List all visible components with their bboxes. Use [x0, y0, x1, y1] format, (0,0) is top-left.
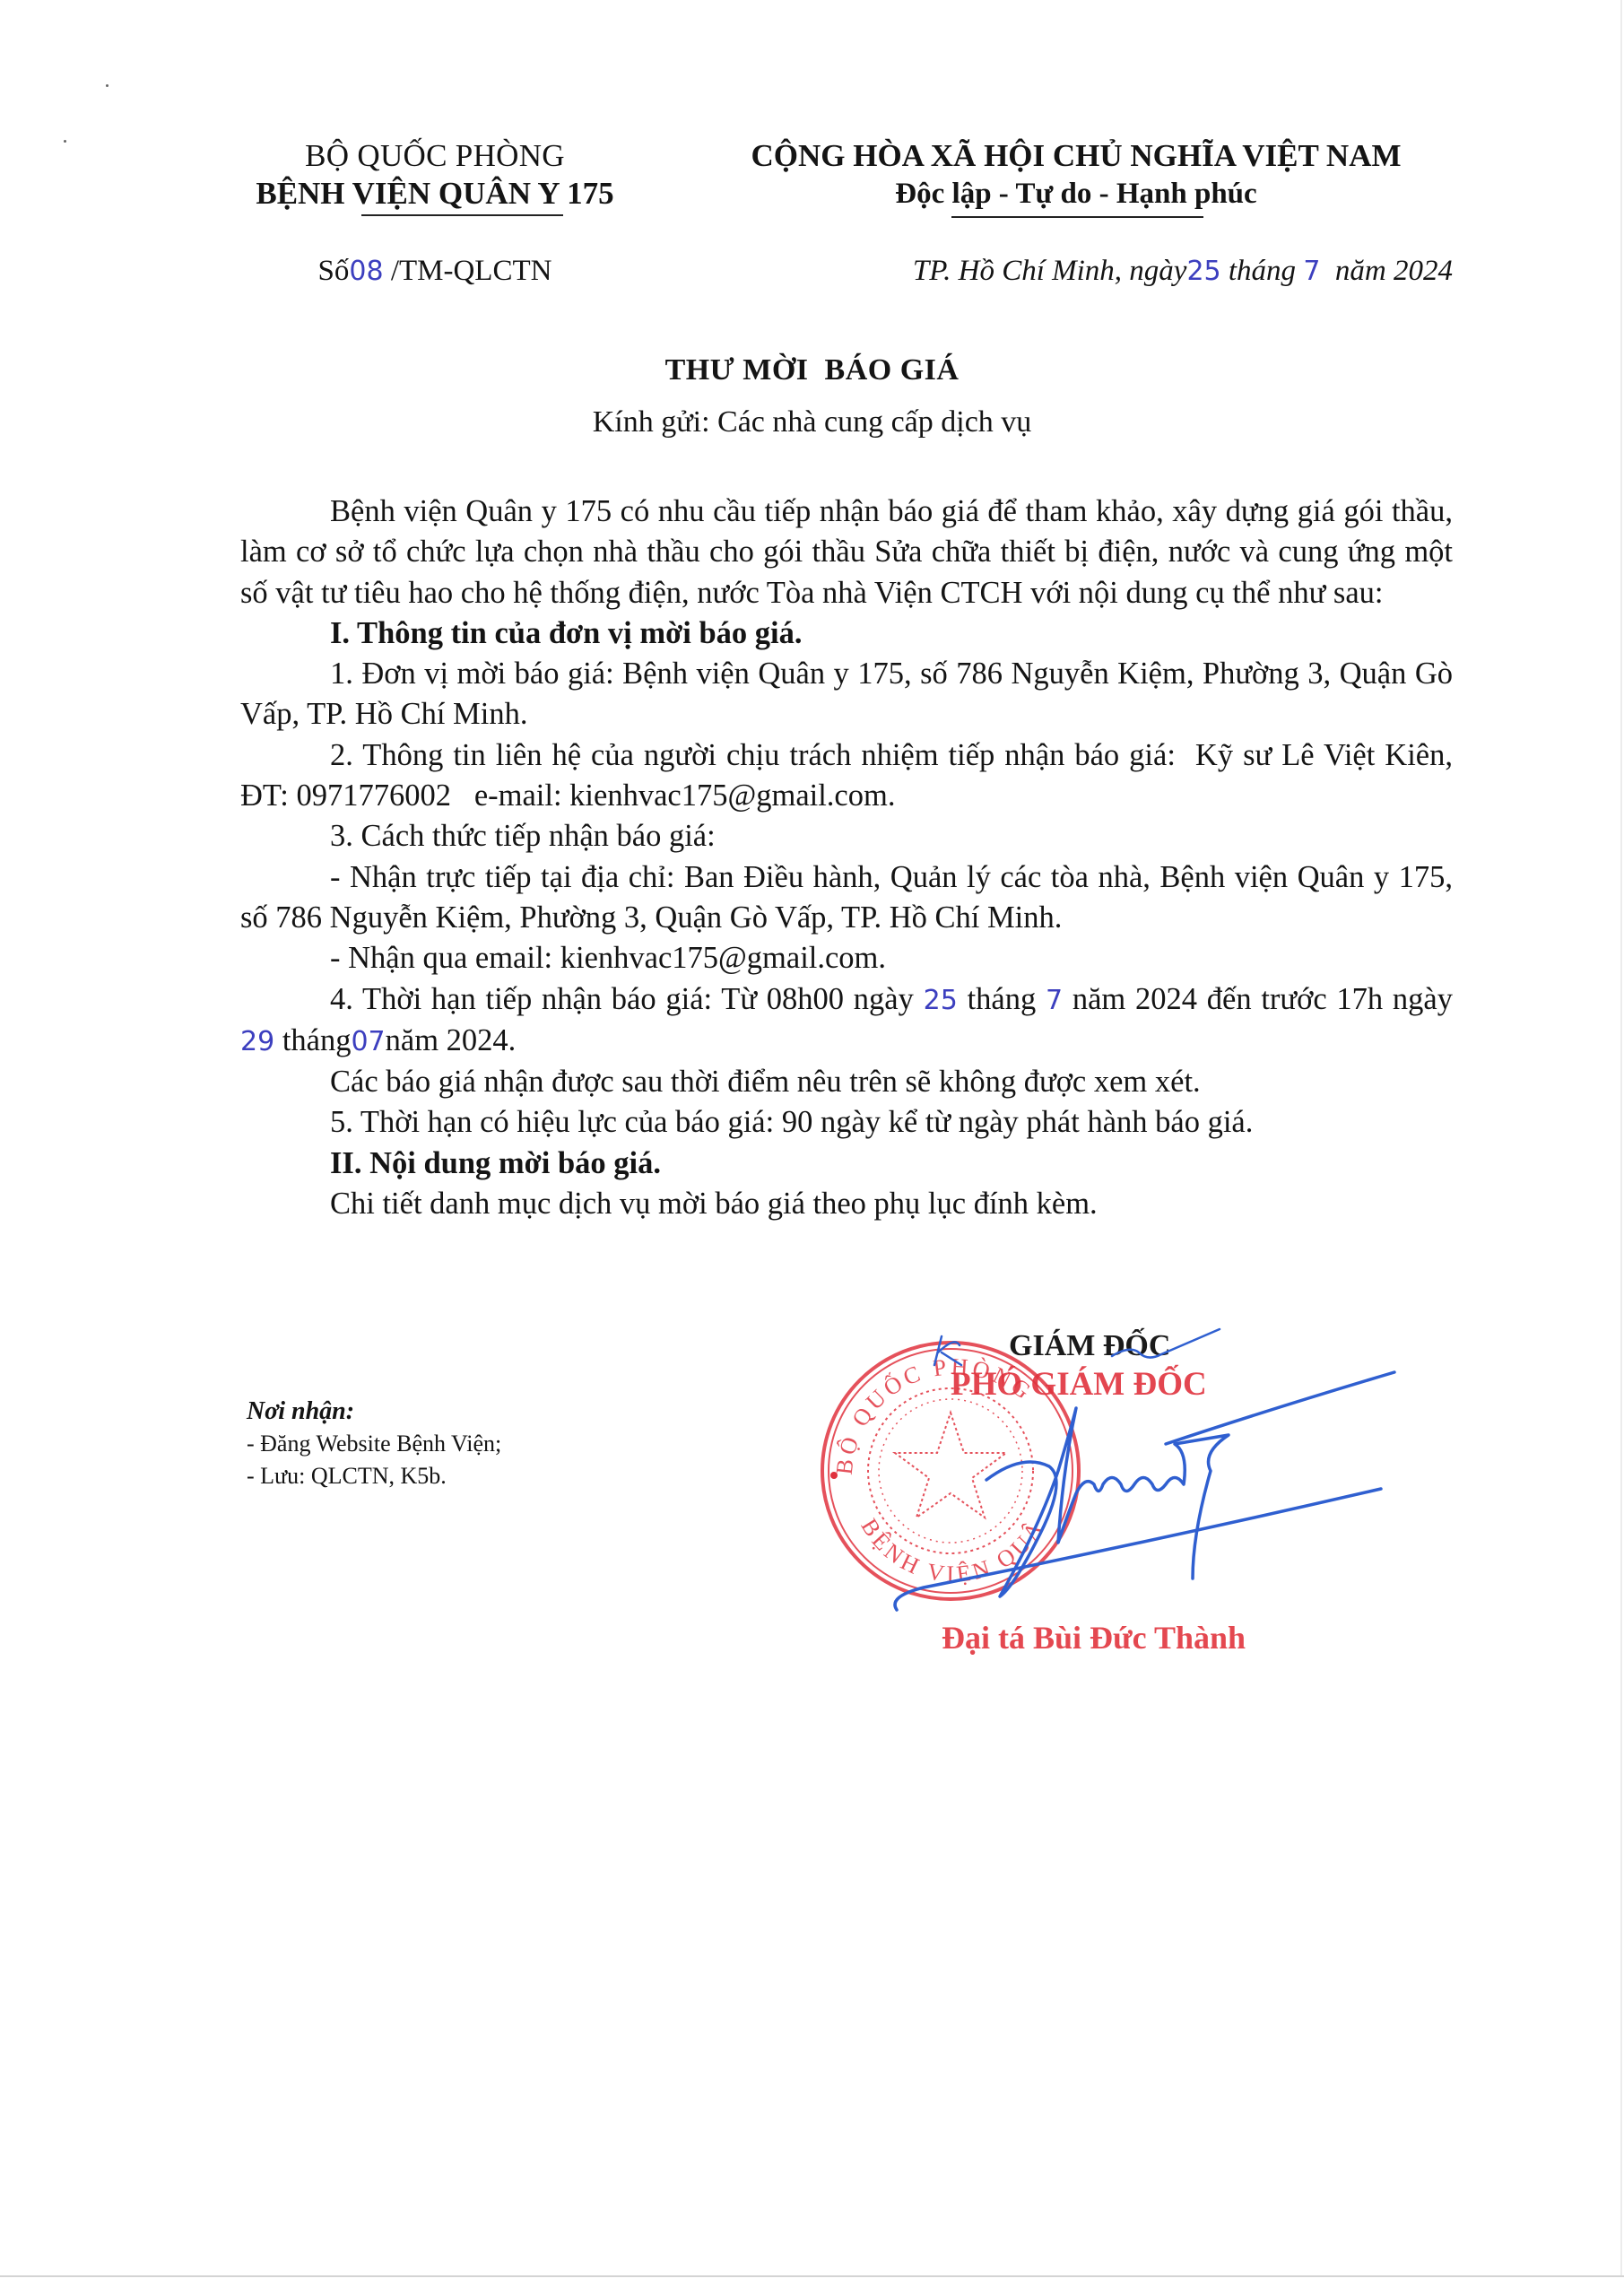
section-1-heading: I. Thông tin của đơn vị mời báo giá. — [240, 613, 1453, 654]
item-4-text: tháng — [958, 982, 1046, 1016]
motto-underline — [951, 216, 1203, 218]
signature-block: BỘ QUỐC PHÒNG BỆNH VIỆN QUÂN Y 175 GIÁM … — [807, 1309, 1435, 1686]
hospital-name: BỆNH VIỆN QUÂN Y 175 — [256, 176, 613, 212]
doc-number-handwritten: 08 — [349, 256, 383, 287]
hospital-name-text: BỆNH VIỆN QUÂN Y 175 — [256, 176, 613, 211]
date-year: năm 2024 — [1320, 255, 1453, 287]
recipients: Nơi nhận: - Đăng Website Bệnh Viện; - Lư… — [247, 1396, 501, 1492]
recipient-item: - Lưu: QLCTN, K5b. — [247, 1460, 501, 1492]
greeting: Kính gửi: Các nhà cung cấp dịch vụ — [0, 404, 1624, 440]
item-4-suffix: năm 2024. — [386, 1023, 517, 1057]
item-5: 5. Thời hạn có hiệu lực của báo giá: 90 … — [240, 1102, 1453, 1143]
signer-name: Đại tá Bùi Đức Thành — [942, 1619, 1246, 1657]
ministry-name: BỘ QUỐC PHÒNG — [202, 136, 668, 176]
item-4-text: năm 2024 đến trước 17h ngày — [1063, 982, 1453, 1016]
header-left: BỘ QUỐC PHÒNG BỆNH VIỆN QUÂN Y 175 — [202, 136, 668, 212]
scan-speck — [106, 84, 109, 87]
recipients-title: Nơi nhận: — [247, 1396, 501, 1428]
date-month-label: tháng — [1221, 255, 1304, 287]
republic-title: CỘNG HÒA XÃ HỘI CHỦ NGHĨA VIỆT NAM — [682, 136, 1471, 176]
national-motto: Độc lập - Tự do - Hạnh phúc — [895, 176, 1256, 212]
start-month-handwritten: 7 — [1046, 985, 1063, 1016]
doc-number-suffix: /TM-QLCTN — [384, 255, 552, 287]
intro-paragraph: Bệnh viện Quân y 175 có nhu cầu tiếp nhậ… — [240, 491, 1453, 613]
recipient-item: - Đăng Website Bệnh Viện; — [247, 1428, 501, 1460]
item-3: 3. Cách thức tiếp nhận báo giá: — [240, 816, 1453, 857]
date-prefix: TP. Hồ Chí Minh, ngày — [913, 255, 1187, 287]
item-2: 2. Thông tin liên hệ của người chịu trác… — [240, 735, 1453, 817]
item-4-text: tháng — [274, 1023, 351, 1057]
page-edge-right — [1620, 0, 1622, 2275]
start-day-handwritten: 25 — [924, 985, 958, 1016]
document-title: THƯ MỜI BÁO GIÁ — [0, 352, 1624, 388]
section-2-text: Chi tiết danh mục dịch vụ mời báo giá th… — [240, 1184, 1453, 1224]
item-3-email: - Nhận qua email: kienhvac175@gmail.com. — [240, 938, 1453, 978]
date-month-handwritten: 7 — [1303, 256, 1320, 287]
hospital-underline — [361, 214, 563, 216]
national-motto-text: Độc lập - Tự do - Hạnh phúc — [895, 178, 1256, 210]
section-2-heading: II. Nội dung mời báo giá. — [240, 1144, 1453, 1184]
document-body: Bệnh viện Quân y 175 có nhu cầu tiếp nhậ… — [240, 491, 1453, 1224]
doc-number-prefix: Số — [318, 255, 350, 287]
item-4-prefix: 4. Thời hạn tiếp nhận báo giá: Từ 08h00 … — [330, 982, 924, 1016]
late-notice: Các báo giá nhận được sau thời điểm nêu … — [240, 1062, 1453, 1102]
date-line: TP. Hồ Chí Minh, ngày25 tháng 7 năm 2024 — [682, 253, 1471, 290]
item-3-direct: - Nhận trực tiếp tại địa chỉ: Ban Điều h… — [240, 857, 1453, 939]
scan-speck — [64, 140, 66, 143]
header-right: CỘNG HÒA XÃ HỘI CHỦ NGHĨA VIỆT NAM Độc l… — [682, 136, 1471, 212]
end-month-handwritten: 07 — [351, 1026, 385, 1057]
item-1: 1. Đơn vị mời báo giá: Bệnh viện Quân y … — [240, 654, 1453, 735]
end-day-handwritten: 29 — [240, 1026, 274, 1057]
document-number: Số08 /TM-QLCTN — [202, 253, 668, 290]
page-edge — [0, 2275, 1624, 2277]
item-4: 4. Thời hạn tiếp nhận báo giá: Từ 08h00 … — [240, 979, 1453, 1063]
date-day-handwritten: 25 — [1186, 256, 1220, 287]
